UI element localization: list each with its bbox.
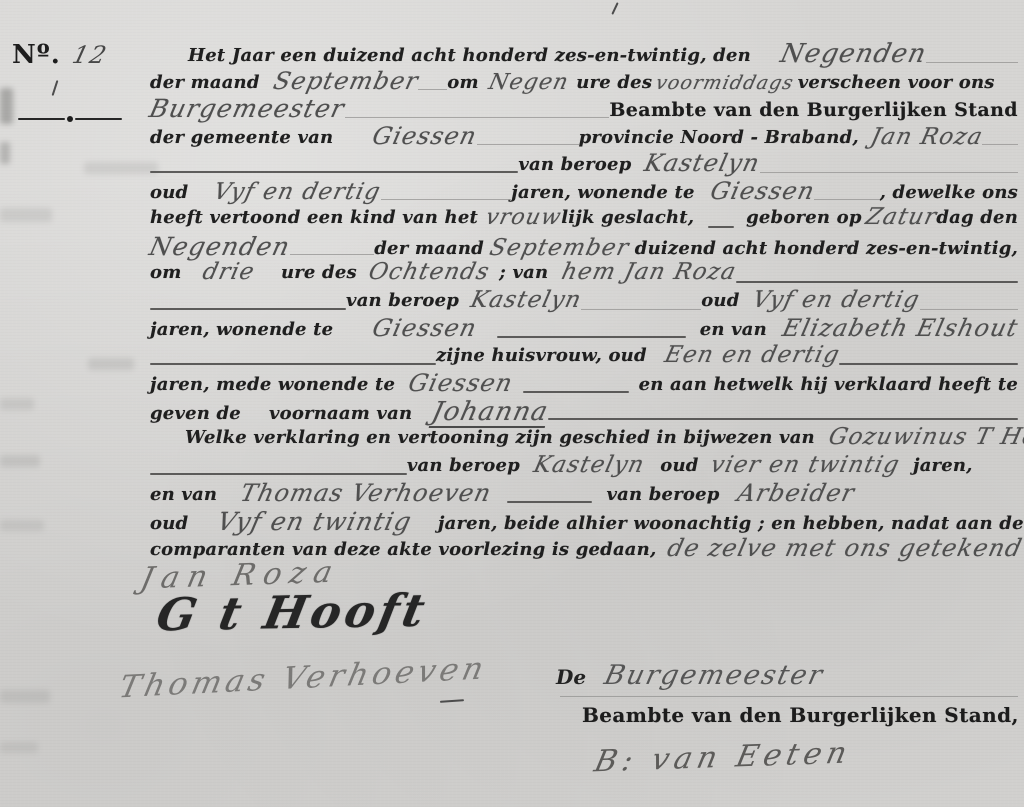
ruled-blank bbox=[581, 309, 701, 310]
act-line-15: Welke verklaring en vertooning zijn gesc… bbox=[150, 425, 1018, 453]
handwritten-entry: Giessen bbox=[708, 179, 817, 203]
handwritten-entry: Kastelyn bbox=[531, 454, 647, 477]
handwritten-entry: vier en twintig bbox=[708, 454, 902, 477]
document-scan: Nº.12 Het Jaar een duizend acht honderd … bbox=[0, 0, 1024, 807]
act-line-8: Negendender maandSeptemberduizend acht h… bbox=[150, 233, 1018, 261]
ruled-blank bbox=[497, 336, 686, 338]
no-label: Nº. bbox=[12, 40, 61, 70]
bleed-through-mark bbox=[0, 520, 44, 531]
act-line-17: en vanThomas Verhoevenvan beroepArbeider bbox=[150, 480, 1018, 508]
act-line-11: jaren, wonende teGiessenen vanElizabeth … bbox=[150, 315, 1018, 343]
handwritten-entry: Burgemeester bbox=[147, 96, 347, 121]
handwritten-entry: Negenden bbox=[147, 234, 293, 259]
act-line-5: van beroepKastelyn bbox=[150, 150, 1018, 178]
ruled-blank bbox=[708, 226, 734, 228]
printed-text: voornaam van bbox=[269, 403, 412, 424]
printed-text: geboren op bbox=[746, 207, 862, 228]
handwritten-entry: Zatur bbox=[863, 206, 939, 229]
handwritten-entry: Negenden bbox=[778, 41, 929, 67]
bleed-through-mark bbox=[0, 142, 10, 164]
ruled-blank bbox=[736, 281, 1018, 283]
printed-text: , dewelke ons bbox=[880, 182, 1018, 203]
handwritten-entry: vrouw bbox=[483, 207, 563, 229]
printed-text: Welke verklaring en vertooning zijn gesc… bbox=[185, 427, 815, 448]
pen-stroke bbox=[440, 699, 464, 703]
printed-text: jaren, beide alhier woonachtig ; en hebb… bbox=[438, 513, 1024, 534]
handwritten-entry: September bbox=[271, 69, 421, 93]
ruled-blank bbox=[760, 172, 1018, 173]
ruled-blank bbox=[290, 254, 374, 255]
bleed-through-mark bbox=[0, 208, 52, 222]
act-number: 12 bbox=[69, 41, 111, 69]
act-body: Het Jaar een duizend acht honderd zes-en… bbox=[150, 40, 1018, 563]
bleed-through-mark bbox=[0, 690, 50, 703]
handwritten-entry: Thomas Verhoeven bbox=[238, 481, 494, 505]
bleed-through-mark bbox=[0, 88, 13, 124]
printed-text: ure des bbox=[281, 262, 357, 283]
printed-text: ; van bbox=[499, 262, 548, 283]
handwritten-entry: Johanna bbox=[429, 399, 551, 428]
printed-text: oud bbox=[701, 290, 739, 311]
ruled-blank bbox=[548, 418, 1018, 420]
ruled-blank bbox=[507, 501, 592, 503]
printed-text: oud bbox=[150, 513, 188, 534]
handwritten-entry: Vyf en twintig bbox=[215, 509, 414, 534]
act-number-block: Nº.12 bbox=[12, 40, 107, 70]
ruled-blank bbox=[150, 473, 407, 475]
handwritten-entry: Ochtends bbox=[366, 261, 492, 284]
ruled-blank bbox=[920, 309, 1018, 310]
act-line-1: Het Jaar een duizend acht honderd zes-en… bbox=[150, 40, 1018, 68]
ruled-blank bbox=[982, 144, 1018, 145]
signature-van-eeten: B: van Eeten bbox=[591, 736, 855, 780]
printed-text: heeft vertoond een kind van het bbox=[150, 207, 478, 228]
burgemeester-handwritten: Burgemeester bbox=[602, 660, 828, 691]
handwritten-entry: Giessen bbox=[371, 124, 480, 148]
bleed-through-mark bbox=[0, 398, 34, 410]
handwritten-entry: Vyf en dertig bbox=[751, 289, 923, 312]
printed-text: van beroep bbox=[606, 484, 719, 505]
printed-text: en van bbox=[700, 319, 767, 340]
handwritten-entry: drie bbox=[201, 261, 258, 284]
printed-text: dag den bbox=[936, 207, 1018, 228]
handwritten-entry: Vyf en dertig bbox=[212, 181, 384, 204]
printed-text: Beambte van den Burgerlijken Stand bbox=[609, 99, 1018, 121]
handwritten-entry: Kastelyn bbox=[468, 289, 584, 312]
printed-text: om bbox=[447, 72, 478, 93]
act-line-13: jaren, mede wonende teGiessenen aan hetw… bbox=[150, 370, 1018, 398]
printed-text: ure des bbox=[576, 72, 652, 93]
handwritten-entry: Jan Roza bbox=[868, 126, 985, 149]
printed-text: Het Jaar een duizend acht honderd zes-en… bbox=[188, 45, 751, 66]
act-line-6: oudVyf en dertigjaren, wonende teGiessen… bbox=[150, 178, 1018, 206]
printed-text: van beroep bbox=[346, 290, 459, 311]
bleed-through-mark bbox=[88, 358, 134, 370]
act-line-3: BurgemeesterBeambte van den Burgerlijken… bbox=[150, 95, 1018, 123]
bleed-through-mark bbox=[84, 162, 158, 174]
handwritten-entry: Negen bbox=[486, 72, 571, 94]
ruled-blank bbox=[150, 363, 436, 365]
printed-text: zijne huisvrouw, oud bbox=[436, 345, 647, 366]
printed-text: der maand bbox=[150, 72, 260, 93]
ruled-blank bbox=[381, 199, 512, 200]
handwritten-entry: de zelve met ons getekend bbox=[666, 536, 1024, 560]
act-line-16: van beroepKastelynoudvier en twintigjare… bbox=[150, 453, 1018, 481]
ruled-blank bbox=[839, 363, 1018, 365]
printed-text: jaren, mede wonende te bbox=[150, 374, 395, 395]
printed-text: en van bbox=[150, 484, 217, 505]
act-line-2: der maandSeptemberomNegenure desvoormidd… bbox=[150, 68, 1018, 96]
bleed-through-mark bbox=[0, 742, 38, 753]
printed-text: der maand bbox=[374, 238, 484, 259]
printed-text: oud bbox=[660, 455, 698, 476]
act-line-10: van beroepKastelynoudVyf en dertig bbox=[150, 288, 1018, 316]
ruled-blank bbox=[345, 117, 610, 118]
de-label: De bbox=[556, 665, 586, 689]
handwritten-entry: Arbeider bbox=[735, 481, 857, 505]
printed-text: en aan hetwelk hij verklaard heeft te bbox=[639, 374, 1018, 395]
handwritten-entry: voormiddags bbox=[654, 74, 796, 93]
ruled-blank bbox=[814, 199, 879, 200]
pen-stroke bbox=[611, 2, 618, 15]
pen-stroke bbox=[52, 80, 59, 96]
handwritten-entry: Elizabeth Elshout bbox=[780, 316, 1021, 340]
handwritten-entry: Giessen bbox=[406, 371, 515, 395]
ruled-blank bbox=[926, 62, 1018, 63]
handwritten-entry: Een en dertig bbox=[662, 344, 842, 367]
handwritten-entry: September bbox=[487, 237, 631, 260]
ruled-blank bbox=[477, 144, 579, 145]
ruled-blank bbox=[150, 308, 346, 310]
printed-text: jaren, bbox=[913, 455, 973, 476]
signature-g-t-hooft: G t Hooft bbox=[152, 584, 433, 642]
signature-thomas-verhoeven: Thomas Verhoeven bbox=[116, 651, 491, 706]
printed-text: om bbox=[150, 262, 181, 283]
handwritten-entry: hem Jan Roza bbox=[560, 261, 739, 284]
act-line-9: omdrieure desOchtends; vanhem Jan Roza bbox=[150, 260, 1018, 288]
ruled-blank bbox=[150, 171, 518, 173]
bleed-through-mark bbox=[0, 455, 40, 467]
printed-text: duizend acht honderd zes-en-twintig, bbox=[635, 238, 1018, 259]
margin-divider bbox=[18, 116, 122, 122]
printed-text: lijk geslacht, bbox=[561, 207, 694, 228]
printed-text: comparanten van deze akte voorlezing is … bbox=[150, 539, 656, 560]
ruled-blank bbox=[418, 89, 447, 90]
printed-text: jaren, wonende te bbox=[511, 182, 694, 203]
handwritten-entry: Gozuwinus T Hooft bbox=[826, 426, 1024, 449]
printed-text: geven de bbox=[150, 403, 241, 424]
printed-text: jaren, wonende te bbox=[150, 319, 333, 340]
closing-line: De Burgemeester bbox=[556, 660, 824, 691]
ruled-blank bbox=[523, 391, 629, 393]
printed-text: provincie Noord - Braband, bbox=[579, 127, 859, 148]
act-line-7: heeft vertoond een kind van hetvrouwlijk… bbox=[150, 205, 1018, 233]
handwritten-entry: Kastelyn bbox=[643, 151, 763, 175]
act-line-4: der gemeente vanGiessenprovincie Noord -… bbox=[150, 123, 1018, 151]
printed-text: van beroep bbox=[407, 455, 520, 476]
printed-text: verscheen voor ons bbox=[798, 72, 995, 93]
printed-text: van beroep bbox=[518, 154, 631, 175]
act-line-18: oudVyf en twintigjaren, beide alhier woo… bbox=[150, 508, 1018, 536]
act-line-12: zijne huisvrouw, oudEen en dertig bbox=[150, 343, 1018, 371]
beambte-label: Beambte van den Burgerlijken Stand, bbox=[582, 703, 1019, 727]
ruled-blank bbox=[560, 696, 1018, 697]
act-line-14: geven devoornaam vanJohanna bbox=[150, 398, 1018, 426]
printed-text: oud bbox=[150, 182, 188, 203]
printed-text: der gemeente van bbox=[150, 127, 333, 148]
handwritten-entry: Giessen bbox=[371, 316, 480, 340]
